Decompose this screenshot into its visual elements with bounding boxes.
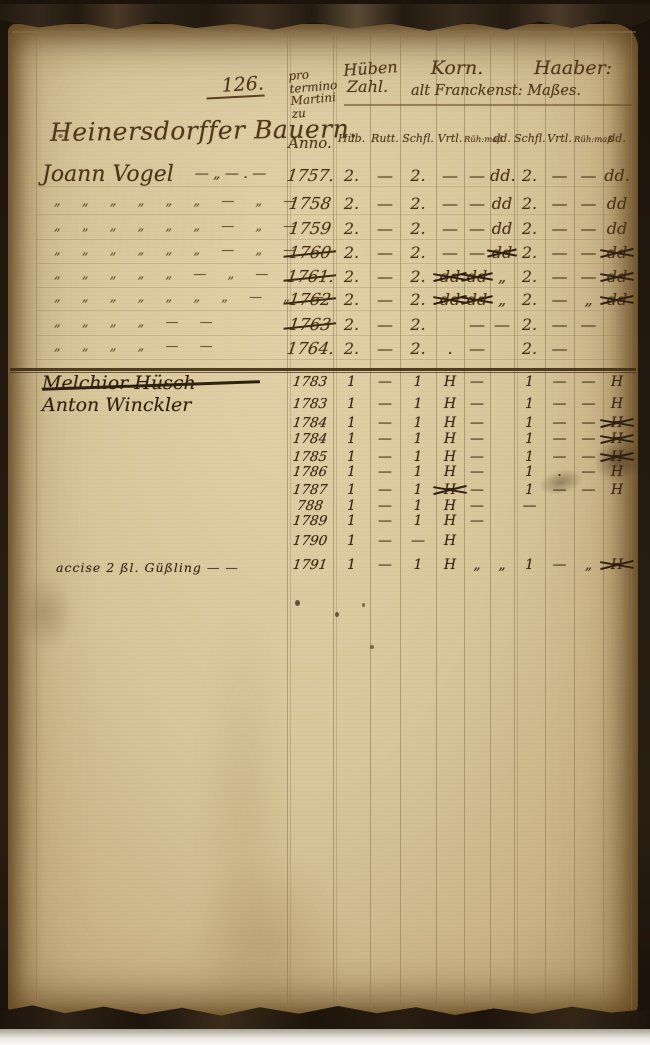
year-cell: 1789 [286,513,334,529]
value-cell: 2. [514,290,545,309]
value-cell: — [400,533,436,549]
measure-note: alt Franckenst: Maßes. [362,83,630,99]
ledger-photo: 126. pro termino Martini zu Anno. Hüben … [0,0,650,1045]
col-korn-dd: dd. [490,132,514,145]
value-cell: — [574,194,603,213]
year-cell: 1784 [286,431,334,447]
ledger-page: 126. pro termino Martini zu Anno. Hüben … [8,24,638,1016]
value-cell: H [603,374,631,390]
value-cell: — [464,482,490,498]
value-cell: — [370,290,400,309]
value-cell: — [545,267,574,286]
value-cell: H [436,396,464,412]
ledger-row: Joann Vogel— „ — . —1757.2.—2.——dd.2.——d… [8,166,638,190]
entry-name: „ „ „ „ „ — „ — [42,267,296,282]
col-haber-vrtl: Vrtl. [545,132,574,145]
haber-group-label: Haaber: [514,57,632,79]
value-cell: 1 [333,557,370,573]
value-cell: — [370,482,400,498]
value-cell: — [464,431,490,447]
value-cell: — [574,315,603,334]
year-cell: 1783 [286,374,334,390]
value-cell: 2. [400,339,436,358]
value-cell: dd [464,267,490,286]
value-cell: 2. [400,315,436,334]
value-cell: — [370,243,400,262]
value-cell: 1 [400,557,436,573]
table-surface [0,1029,650,1045]
value-cell: — [545,339,574,358]
value-cell: dd. [490,166,514,185]
value-cell: — [464,498,490,514]
year-cell: 1759 [286,219,335,238]
value-cell: — [370,431,400,447]
value-cell: 1 [400,396,436,412]
year-cell: 1763 [286,315,335,334]
value-cell: 2. [333,243,370,262]
year-cell: 1785 [286,449,334,465]
value-cell: dd. [603,166,631,185]
value-cell: 2. [333,339,370,358]
value-cell: — [370,449,400,465]
value-cell: „ [490,267,514,286]
value-cell: 2. [400,219,436,238]
value-cell: 1 [400,374,436,390]
value-cell: — [545,374,574,390]
value-cell: — [464,449,490,465]
value-cell: dd [603,219,631,238]
ink-spot [335,612,339,617]
value-cell: H [603,482,631,498]
entry-name: „ „ „ „ — — [42,339,296,354]
value-cell: dd [603,194,631,213]
value-cell: H [603,396,631,412]
value-cell: H [436,498,464,514]
entry-name: „ „ „ „ „ „ — „ — [42,194,296,209]
value-cell: 2. [514,339,545,358]
value-cell: — [545,166,574,185]
year-cell: 1761. [286,267,335,286]
value-cell: H [603,557,631,573]
smudge [16,576,74,650]
value-cell: 2. [333,315,370,334]
value-cell: — [436,166,464,185]
value-cell: — [514,498,545,514]
value-cell: 1 [514,449,545,465]
value-cell: H [436,533,464,549]
value-cell: — [545,396,574,412]
value-cell: — [370,339,400,358]
entry-name-dashes: — „ — . — [178,166,283,182]
value-cell: dd [490,219,514,238]
ink-spot [370,645,374,649]
page-number: 126. [205,72,264,99]
value-cell: — [370,219,400,238]
value-cell: 2. [333,290,370,309]
value-cell: — [464,194,490,213]
value-cell: . [436,339,464,358]
value-cell: dd [603,267,631,286]
entry-name: „ „ „ „ „ „ — „ — [42,243,296,258]
ledger-row: 17901——H [8,533,638,557]
value-cell: — [370,267,400,286]
value-cell: 2. [514,166,545,185]
value-cell: — [545,290,574,309]
value-cell: H [436,415,464,431]
value-cell: — [464,396,490,412]
value-cell: — [370,166,400,185]
value-cell: 1 [333,533,370,549]
value-cell: — [574,219,603,238]
value-cell: — [370,533,400,549]
value-cell: 1 [333,415,370,431]
value-cell: 2. [514,194,545,213]
year-cell: 1790 [286,533,334,549]
value-cell: H [436,374,464,390]
year-cell: 1783 [286,396,334,412]
value-cell: — [370,315,400,334]
value-cell: — [370,464,400,480]
value-cell: 2. [514,315,545,334]
value-cell: H [436,449,464,465]
value-cell: 1 [333,464,370,480]
paper-stain [186,854,346,1034]
year-cell: 1762 [286,290,335,309]
col-haber-ruethmass: Rüh:maß [574,135,603,145]
row-rule [10,368,636,371]
value-cell: — [464,464,490,480]
year-cell: 1784 [286,415,334,431]
year-cell: 1791 [286,557,334,573]
year-cell: 1787 [286,482,334,498]
value-cell: 1 [333,396,370,412]
paper-stain [203,614,283,994]
value-cell: H [436,513,464,529]
value-cell: H [603,449,631,465]
value-cell: 1 [333,482,370,498]
value-cell: — [545,243,574,262]
year-cell: 1757. [286,166,335,185]
value-cell: dd [490,243,514,262]
value-cell: H [436,482,464,498]
value-cell: — [545,557,574,573]
value-cell: 1 [333,449,370,465]
value-cell: — [464,339,490,358]
value-cell: H [603,431,631,447]
value-cell: 1 [333,431,370,447]
value-cell: — [370,557,400,573]
row-rule [344,104,632,106]
value-cell: — [574,396,603,412]
value-cell: 2. [400,194,436,213]
value-cell: 1 [514,415,545,431]
value-cell: 2. [333,166,370,185]
value-cell: „ [490,557,514,573]
value-cell: 1 [400,449,436,465]
value-cell: — [436,243,464,262]
col-korn-vrtl: Vrtl. [436,132,464,145]
value-cell: „ [574,557,603,573]
year-cell: 788 [286,498,334,514]
entry-name: Melchior Hüsch [42,372,284,394]
value-cell: — [464,219,490,238]
entry-name: „ „ „ „ „ „ „ — „ — [42,290,296,305]
value-cell: — [574,166,603,185]
value-cell: 2. [333,219,370,238]
value-cell: . [545,464,574,480]
korn-group-label: Korn. [400,57,514,79]
value-cell: 1 [514,464,545,480]
value-cell: — [545,482,574,498]
value-cell: 2. [400,166,436,185]
col-haber-dd: dd. [603,132,631,145]
value-cell: — [545,194,574,213]
value-cell: — [574,449,603,465]
value-cell: — [545,431,574,447]
value-cell: — [574,267,603,286]
value-cell: — [464,315,490,334]
value-cell: „ [464,557,490,573]
value-cell: — [370,498,400,514]
col-rutt: Rutt. [370,132,400,145]
value-cell: 1 [333,513,370,529]
value-cell: 1 [400,498,436,514]
value-cell: 2. [333,194,370,213]
value-cell: — [574,374,603,390]
col-korn-ruethmass: Rüh:maß [464,135,490,145]
row-rule [12,31,636,33]
value-cell: 2. [400,243,436,262]
value-cell: — [464,415,490,431]
value-cell: dd [490,194,514,213]
ledger-row: „ „ „ „ — —17632.—2.——2.—— [8,315,638,339]
ledger-row: „ „ „ „ „ „ „ — „ —17622.—2.dddd„2.—„dd [8,290,638,314]
value-cell: 2. [400,267,436,286]
value-cell: 1 [514,374,545,390]
entry-name: accise 2 ßl. Güßling — — [56,560,298,575]
section-title: Heinersdorffer Bauern. [50,114,358,147]
entry-name: „ „ „ „ — — [42,315,296,330]
value-cell: 1 [333,374,370,390]
value-cell: dd [464,290,490,309]
value-cell: H [436,557,464,573]
value-cell: 2. [400,290,436,309]
value-cell: — [370,374,400,390]
value-cell: — [436,219,464,238]
value-cell: — [464,166,490,185]
value-cell: 1 [400,513,436,529]
value-cell: — [545,449,574,465]
value-cell: 1 [514,396,545,412]
value-cell: — [574,464,603,480]
value-cell: — [574,431,603,447]
col-haber-schfl: Schfl. [514,132,545,145]
entry-name: „ „ „ „ „ „ — „ — [42,219,296,234]
value-cell: „ [574,290,603,309]
value-cell: — [490,315,514,334]
value-cell: 2. [333,267,370,286]
value-cell: 1 [514,557,545,573]
value-cell: dd [436,290,464,309]
ledger-row: „ „ „ „ „ „ — „ —17602.—2.——dd2.——dd [8,243,638,267]
ink-spot [362,603,365,607]
value-cell: 2. [514,267,545,286]
value-cell: dd [436,267,464,286]
year-cell: 1760 [286,243,335,262]
ink-spot [295,600,300,606]
value-cell: — [545,219,574,238]
value-cell: — [464,374,490,390]
value-cell: 1 [514,431,545,447]
value-cell: H [436,431,464,447]
ledger-row: „ „ „ „ „ „ — „ —17582.—2.——dd2.——dd [8,194,638,218]
year-cell: 1764. [286,339,335,358]
value-cell: — [464,513,490,529]
value-cell: 1 [333,498,370,514]
value-cell: — [370,415,400,431]
value-cell: H [603,464,631,480]
ledger-row: „ „ „ „ „ — „ —1761.2.—2.dddd„2.——dd [8,267,638,291]
col-korn-schfl: Schfl. [400,132,436,145]
value-cell: — [545,415,574,431]
value-cell: 1 [400,431,436,447]
value-cell: — [370,194,400,213]
ledger-row: „ „ „ „ „ „ — „ —17592.—2.——dd2.——dd [8,219,638,243]
year-cell: 1786 [286,464,334,480]
value-cell: H [603,415,631,431]
value-cell: 2. [514,243,545,262]
entry-name: Anton Winckler [42,394,284,416]
value-cell: 1 [400,482,436,498]
value-cell: — [574,415,603,431]
year-cell: 1758 [286,194,335,213]
value-cell: dd [603,243,631,262]
value-cell: — [464,243,490,262]
value-cell: — [370,513,400,529]
value-cell: dd [603,290,631,309]
value-cell: 1 [514,482,545,498]
value-cell: — [370,396,400,412]
value-cell: 1 [400,464,436,480]
ledger-row: „ „ „ „ — —1764.2.—2..—2.— [8,339,638,363]
ledger-row: accise 2 ßl. Güßling — —17911—1H„„1—„H [8,557,638,581]
value-cell: — [574,243,603,262]
value-cell: — [436,194,464,213]
value-cell: „ [490,290,514,309]
value-cell: — [574,482,603,498]
value-cell: — [545,315,574,334]
value-cell: H [436,464,464,480]
value-cell: 1 [400,415,436,431]
value-cell: 2. [514,219,545,238]
